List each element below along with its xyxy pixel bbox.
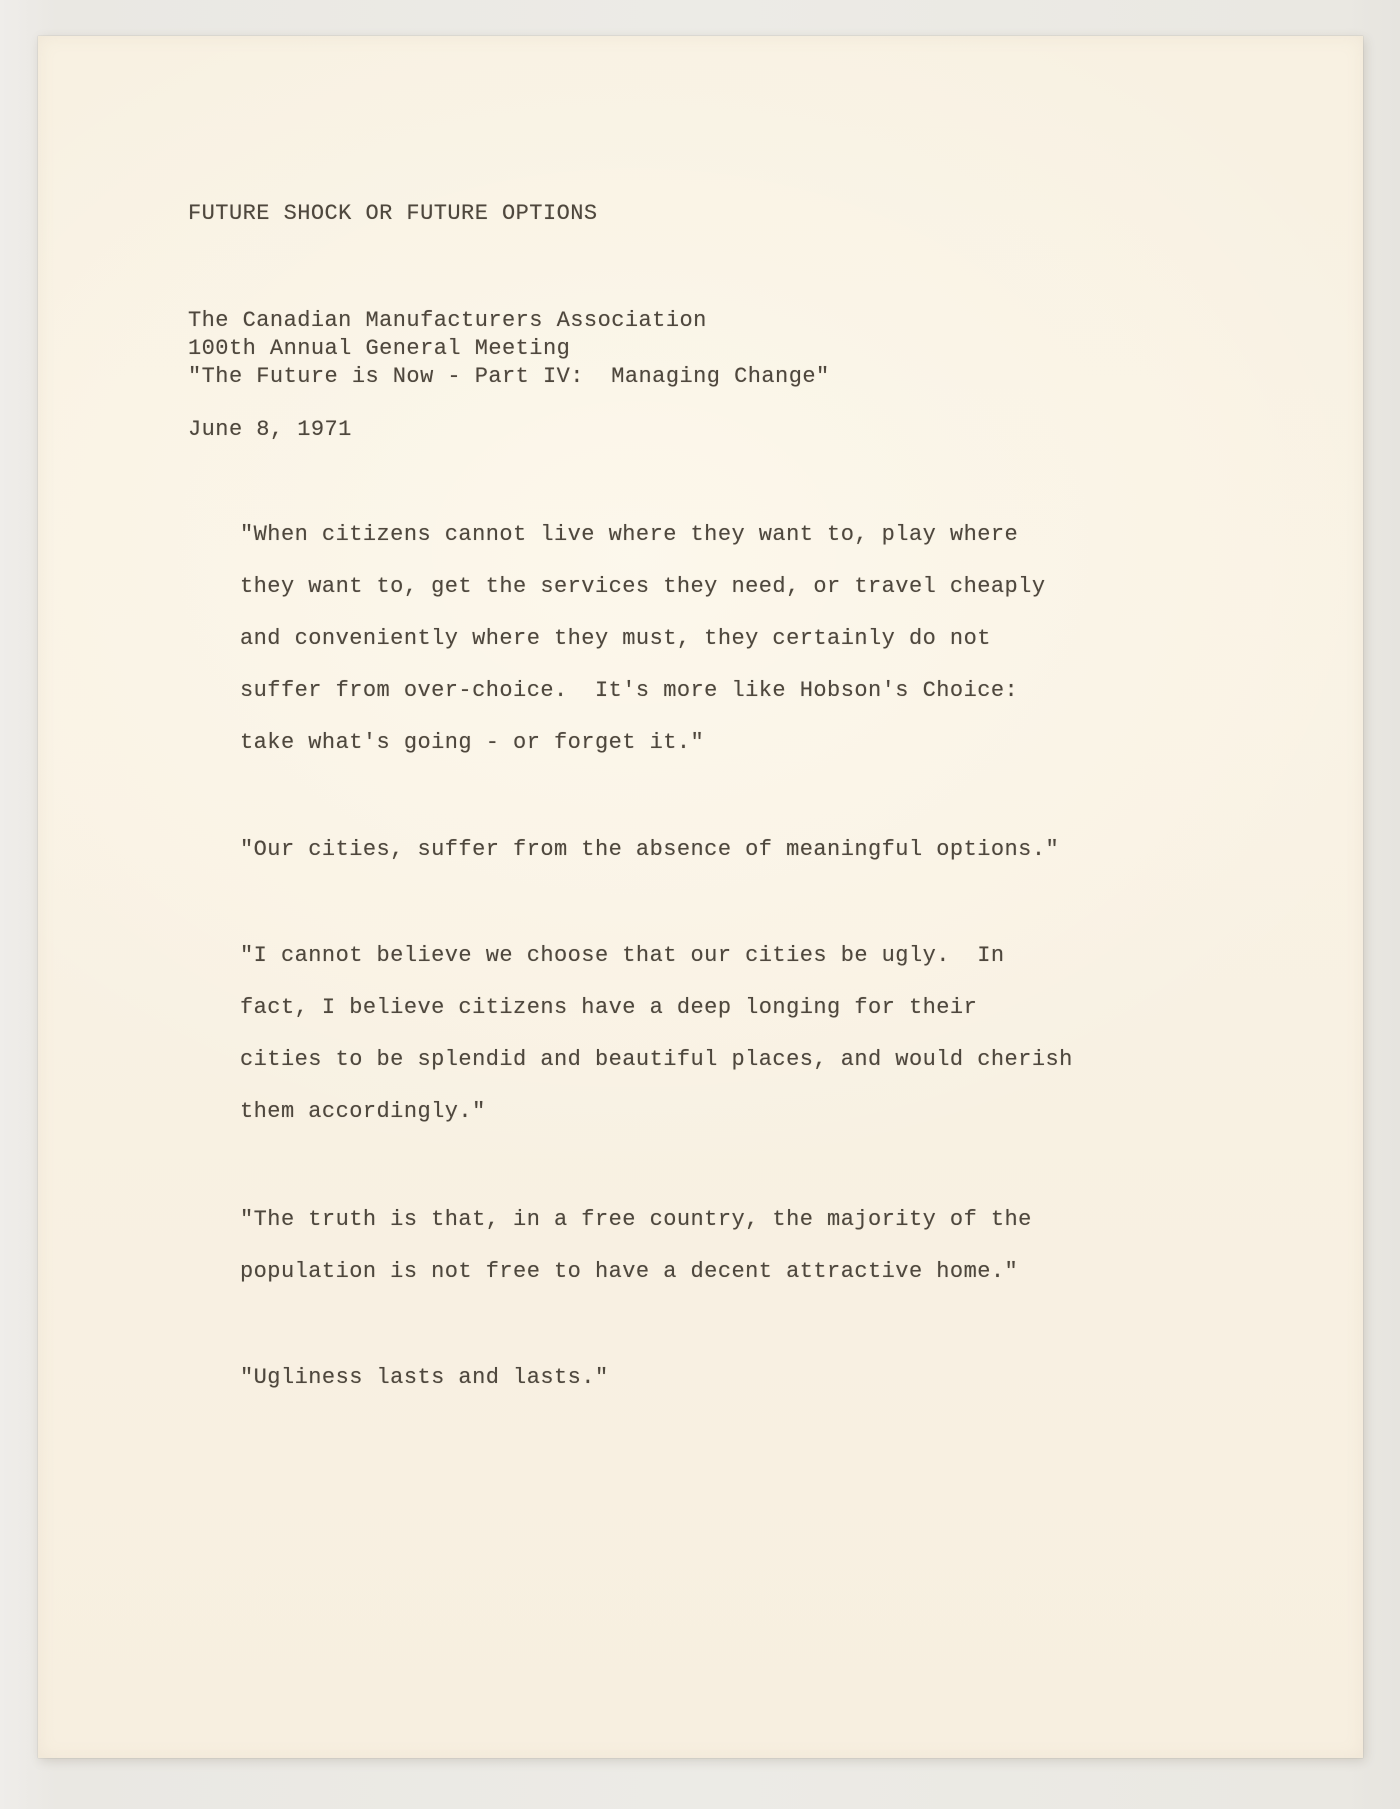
quote-paragraph: "The truth is that, in a free country, t…	[240, 1194, 1300, 1298]
quote-paragraph: "Ugliness lasts and lasts."	[240, 1352, 1300, 1404]
header-meeting: 100th Annual General Meeting	[188, 335, 830, 363]
quote-paragraph: "I cannot believe we choose that our cit…	[240, 930, 1300, 1138]
document-header-block: The Canadian Manufacturers Association 1…	[188, 307, 830, 391]
quote-paragraph: "Our cities, suffer from the absence of …	[240, 824, 1300, 876]
document-page: FUTURE SHOCK OR FUTURE OPTIONS The Canad…	[38, 36, 1363, 1758]
header-organization: The Canadian Manufacturers Association	[188, 307, 830, 335]
quote-paragraph: "When citizens cannot live where they wa…	[240, 509, 1300, 769]
document-date: June 8, 1971	[188, 417, 352, 443]
header-session-title: "The Future is Now - Part IV: Managing C…	[188, 363, 830, 391]
document-title: FUTURE SHOCK OR FUTURE OPTIONS	[188, 201, 598, 227]
